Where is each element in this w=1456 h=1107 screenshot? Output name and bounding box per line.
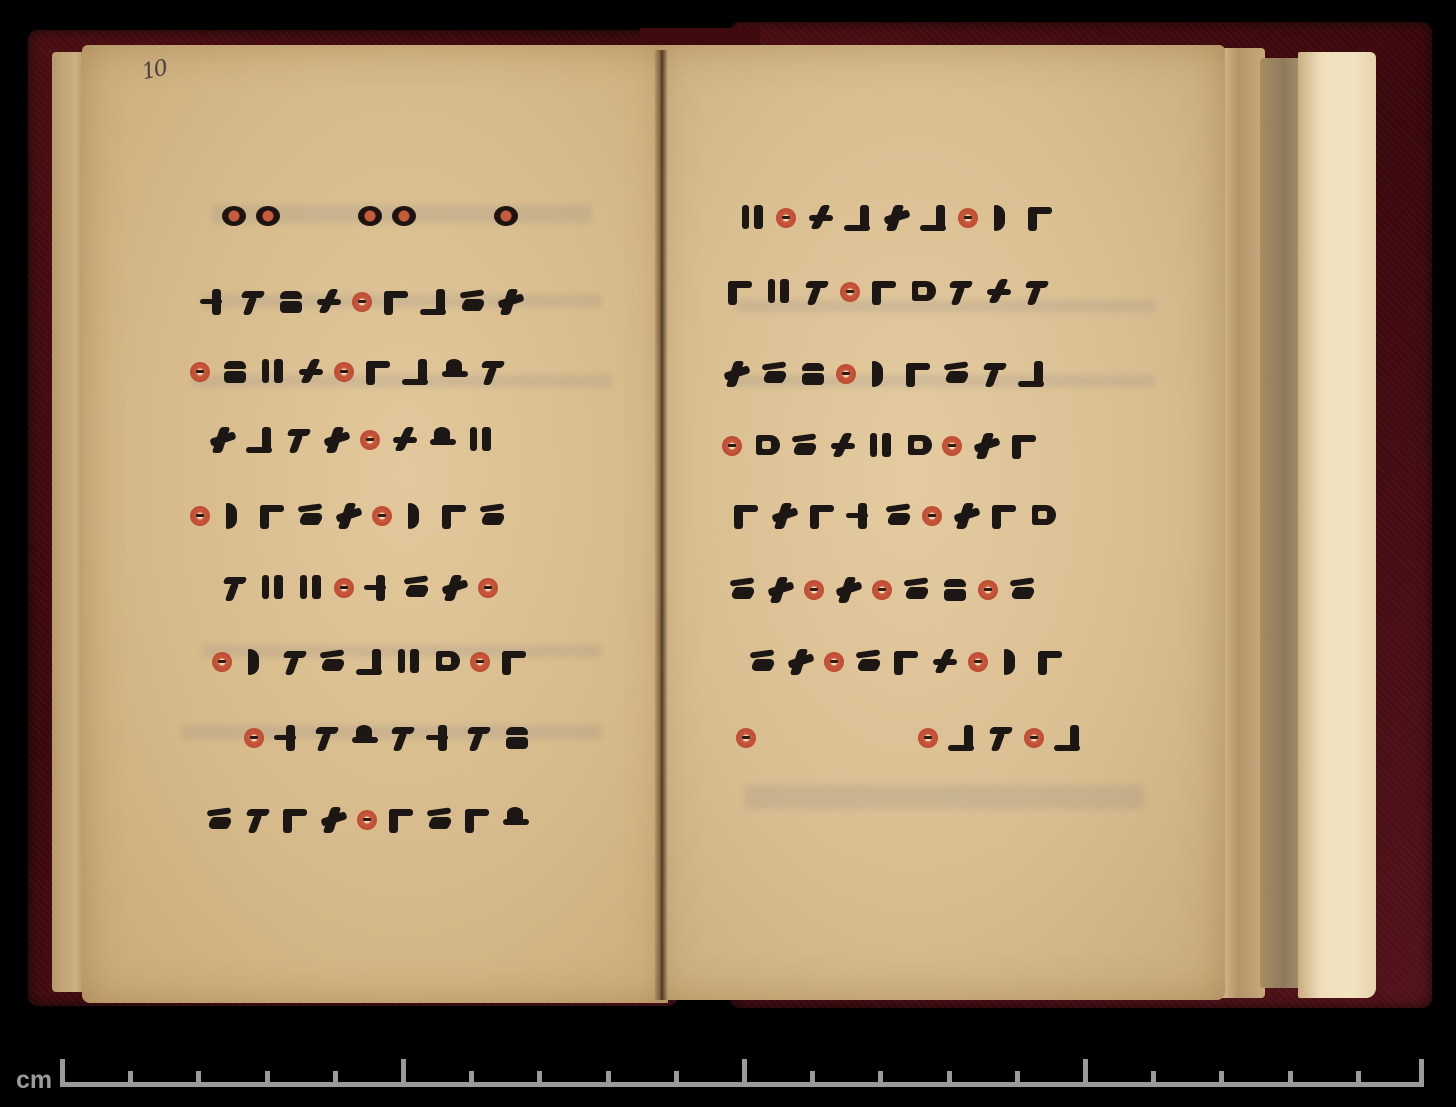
ruler-tick xyxy=(333,1071,338,1087)
left-text-line-3 xyxy=(190,352,516,392)
script-glyph xyxy=(1010,431,1040,461)
script-glyph xyxy=(463,805,493,835)
spine-gutter xyxy=(654,50,668,1000)
script-glyph xyxy=(243,805,273,835)
script-glyph xyxy=(356,647,386,677)
script-glyph xyxy=(388,723,418,753)
script-glyph xyxy=(984,277,1014,307)
script-glyph xyxy=(500,647,530,677)
script-glyph xyxy=(200,287,230,317)
red-punctuation-dot xyxy=(824,652,844,672)
script-glyph xyxy=(752,431,782,461)
script-glyph xyxy=(946,277,976,307)
left-text-line-8 xyxy=(244,718,540,758)
right-text-line-1 xyxy=(738,198,1064,238)
ruler-tick xyxy=(537,1071,542,1087)
script-glyph xyxy=(726,277,756,307)
right-text-line-4 xyxy=(722,426,1048,466)
ruler-tick xyxy=(878,1071,883,1087)
script-glyph xyxy=(220,573,250,603)
script-glyph xyxy=(478,357,508,387)
script-glyph xyxy=(258,501,288,531)
page-number: 10 xyxy=(140,56,169,85)
script-glyph xyxy=(1036,647,1066,677)
script-glyph xyxy=(766,575,796,605)
ruler-tick xyxy=(674,1071,679,1087)
red-punctuation-dot xyxy=(840,282,860,302)
script-glyph xyxy=(382,287,412,317)
script-glyph xyxy=(281,805,311,835)
script-glyph xyxy=(296,501,326,531)
script-glyph xyxy=(952,501,982,531)
script-glyph xyxy=(866,431,896,461)
script-glyph xyxy=(402,573,432,603)
red-punctuation-dot xyxy=(1024,728,1044,748)
script-glyph xyxy=(980,359,1010,389)
script-glyph xyxy=(387,805,417,835)
script-glyph xyxy=(990,501,1020,531)
script-glyph xyxy=(798,359,828,389)
red-punctuation-dot xyxy=(736,728,756,748)
red-punctuation-dot xyxy=(978,580,998,600)
red-punctuation-dot xyxy=(872,580,892,600)
script-glyph xyxy=(502,723,532,753)
script-glyph xyxy=(1054,723,1084,753)
red-punctuation-dot xyxy=(804,580,824,600)
red-punctuation-dot xyxy=(360,430,380,450)
script-glyph xyxy=(208,425,238,455)
script-glyph xyxy=(1028,501,1058,531)
red-punctuation-dot xyxy=(392,206,416,226)
red-punctuation-dot xyxy=(968,652,988,672)
ruler-tick xyxy=(1356,1071,1361,1087)
red-punctuation-dot xyxy=(334,362,354,382)
red-punctuation-dot xyxy=(372,506,392,526)
red-punctuation-dot xyxy=(222,206,246,226)
script-glyph xyxy=(908,277,938,307)
ruler-tick xyxy=(1419,1059,1424,1087)
right-text-line-7 xyxy=(748,642,1074,682)
script-glyph xyxy=(390,425,420,455)
red-punctuation-dot xyxy=(334,578,354,598)
left-text-line-6 xyxy=(220,568,508,608)
script-glyph xyxy=(274,723,304,753)
right-text-line-5 xyxy=(732,496,1066,536)
red-punctuation-dot xyxy=(190,362,210,382)
script-glyph xyxy=(882,203,912,233)
script-glyph xyxy=(242,647,272,677)
script-glyph xyxy=(350,723,380,753)
script-glyph xyxy=(440,357,470,387)
red-punctuation-dot xyxy=(478,578,498,598)
script-glyph xyxy=(420,287,450,317)
script-glyph xyxy=(902,575,932,605)
script-glyph xyxy=(322,425,352,455)
script-glyph xyxy=(296,573,326,603)
red-punctuation-dot xyxy=(722,436,742,456)
script-glyph xyxy=(220,501,250,531)
left-text-line-4 xyxy=(208,420,504,460)
red-punctuation-dot xyxy=(212,652,232,672)
ruler-tick xyxy=(1083,1059,1088,1087)
ruler-tick xyxy=(128,1071,133,1087)
script-glyph xyxy=(808,501,838,531)
red-punctuation-dot xyxy=(256,206,280,226)
script-glyph xyxy=(364,573,394,603)
script-glyph xyxy=(972,431,1002,461)
scale-ruler xyxy=(60,1060,1424,1090)
script-glyph xyxy=(986,723,1016,753)
ruler-tick xyxy=(1015,1071,1020,1087)
script-glyph xyxy=(748,647,778,677)
script-glyph xyxy=(312,723,342,753)
script-glyph xyxy=(440,501,470,531)
ruler-tick xyxy=(947,1071,952,1087)
script-glyph xyxy=(478,501,508,531)
script-glyph xyxy=(930,647,960,677)
script-glyph xyxy=(846,501,876,531)
script-glyph xyxy=(402,357,432,387)
script-glyph xyxy=(246,425,276,455)
ruler-tick xyxy=(1219,1071,1224,1087)
right-text-line-2 xyxy=(726,272,1060,312)
script-glyph xyxy=(806,203,836,233)
script-glyph xyxy=(1008,575,1038,605)
ruler-tick xyxy=(196,1071,201,1087)
script-glyph xyxy=(844,203,874,233)
script-glyph xyxy=(1018,359,1048,389)
script-glyph xyxy=(432,647,462,677)
script-glyph xyxy=(884,501,914,531)
script-glyph xyxy=(722,359,752,389)
script-glyph xyxy=(284,425,314,455)
flyleaf xyxy=(1298,52,1376,998)
ruler-tick xyxy=(265,1071,270,1087)
script-glyph xyxy=(854,647,884,677)
script-glyph xyxy=(258,573,288,603)
right-text-line-3 xyxy=(722,354,1056,394)
script-glyph xyxy=(764,277,794,307)
script-glyph xyxy=(402,501,432,531)
script-glyph xyxy=(425,805,455,835)
script-glyph xyxy=(364,357,394,387)
ruler-tick xyxy=(60,1059,65,1087)
left-text-line-5 xyxy=(190,496,516,536)
red-punctuation-dot xyxy=(244,728,264,748)
red-punctuation-dot xyxy=(836,364,856,384)
script-glyph xyxy=(948,723,978,753)
script-glyph xyxy=(834,575,864,605)
script-glyph xyxy=(280,647,310,677)
left-text-line-2 xyxy=(200,282,534,322)
script-glyph xyxy=(238,287,268,317)
script-glyph xyxy=(732,501,762,531)
left-text-line-7 xyxy=(212,642,538,682)
ruler-tick xyxy=(1151,1071,1156,1087)
red-punctuation-dot xyxy=(470,652,490,672)
red-punctuation-dot xyxy=(190,506,210,526)
script-glyph xyxy=(496,287,526,317)
script-glyph xyxy=(464,723,494,753)
script-glyph xyxy=(920,203,950,233)
script-glyph xyxy=(1022,277,1052,307)
red-punctuation-dot xyxy=(494,206,518,226)
script-glyph xyxy=(458,287,488,317)
script-glyph xyxy=(866,359,896,389)
script-glyph xyxy=(334,501,364,531)
right-text-line-6 xyxy=(728,570,1046,610)
script-glyph xyxy=(870,277,900,307)
left-text-line-9 xyxy=(205,800,539,840)
script-glyph xyxy=(760,359,790,389)
script-glyph xyxy=(319,805,349,835)
script-glyph xyxy=(892,647,922,677)
script-glyph xyxy=(318,647,348,677)
red-punctuation-dot xyxy=(922,506,942,526)
ruler-tick xyxy=(1288,1071,1293,1087)
script-glyph xyxy=(205,805,235,835)
red-punctuation-dot xyxy=(352,292,372,312)
right-text-line-8 xyxy=(736,718,1092,758)
script-glyph xyxy=(501,805,531,835)
script-glyph xyxy=(738,203,768,233)
script-glyph xyxy=(904,431,934,461)
script-glyph xyxy=(258,357,288,387)
ruler-tick xyxy=(401,1059,406,1087)
script-glyph xyxy=(988,203,1018,233)
script-glyph xyxy=(296,357,326,387)
red-punctuation-dot xyxy=(358,206,382,226)
script-glyph xyxy=(904,359,934,389)
left-text-line-1 xyxy=(222,196,528,236)
red-punctuation-dot xyxy=(776,208,796,228)
script-glyph xyxy=(728,575,758,605)
script-glyph xyxy=(790,431,820,461)
script-glyph xyxy=(466,425,496,455)
script-glyph xyxy=(314,287,344,317)
script-glyph xyxy=(786,647,816,677)
ruler-unit-label: cm xyxy=(16,1066,52,1095)
script-glyph xyxy=(770,501,800,531)
red-punctuation-dot xyxy=(357,810,377,830)
script-glyph xyxy=(220,357,250,387)
ruler-tick xyxy=(742,1059,747,1087)
red-punctuation-dot xyxy=(942,436,962,456)
script-glyph xyxy=(426,723,456,753)
script-glyph xyxy=(942,359,972,389)
script-glyph xyxy=(276,287,306,317)
red-punctuation-dot xyxy=(918,728,938,748)
script-glyph xyxy=(394,647,424,677)
ruler-tick xyxy=(469,1071,474,1087)
script-glyph xyxy=(440,573,470,603)
script-glyph xyxy=(998,647,1028,677)
script-glyph xyxy=(828,431,858,461)
script-glyph xyxy=(802,277,832,307)
script-glyph xyxy=(940,575,970,605)
ruler-tick xyxy=(606,1071,611,1087)
ruler-tick xyxy=(810,1071,815,1087)
red-punctuation-dot xyxy=(958,208,978,228)
script-glyph xyxy=(428,425,458,455)
script-glyph xyxy=(1026,203,1056,233)
